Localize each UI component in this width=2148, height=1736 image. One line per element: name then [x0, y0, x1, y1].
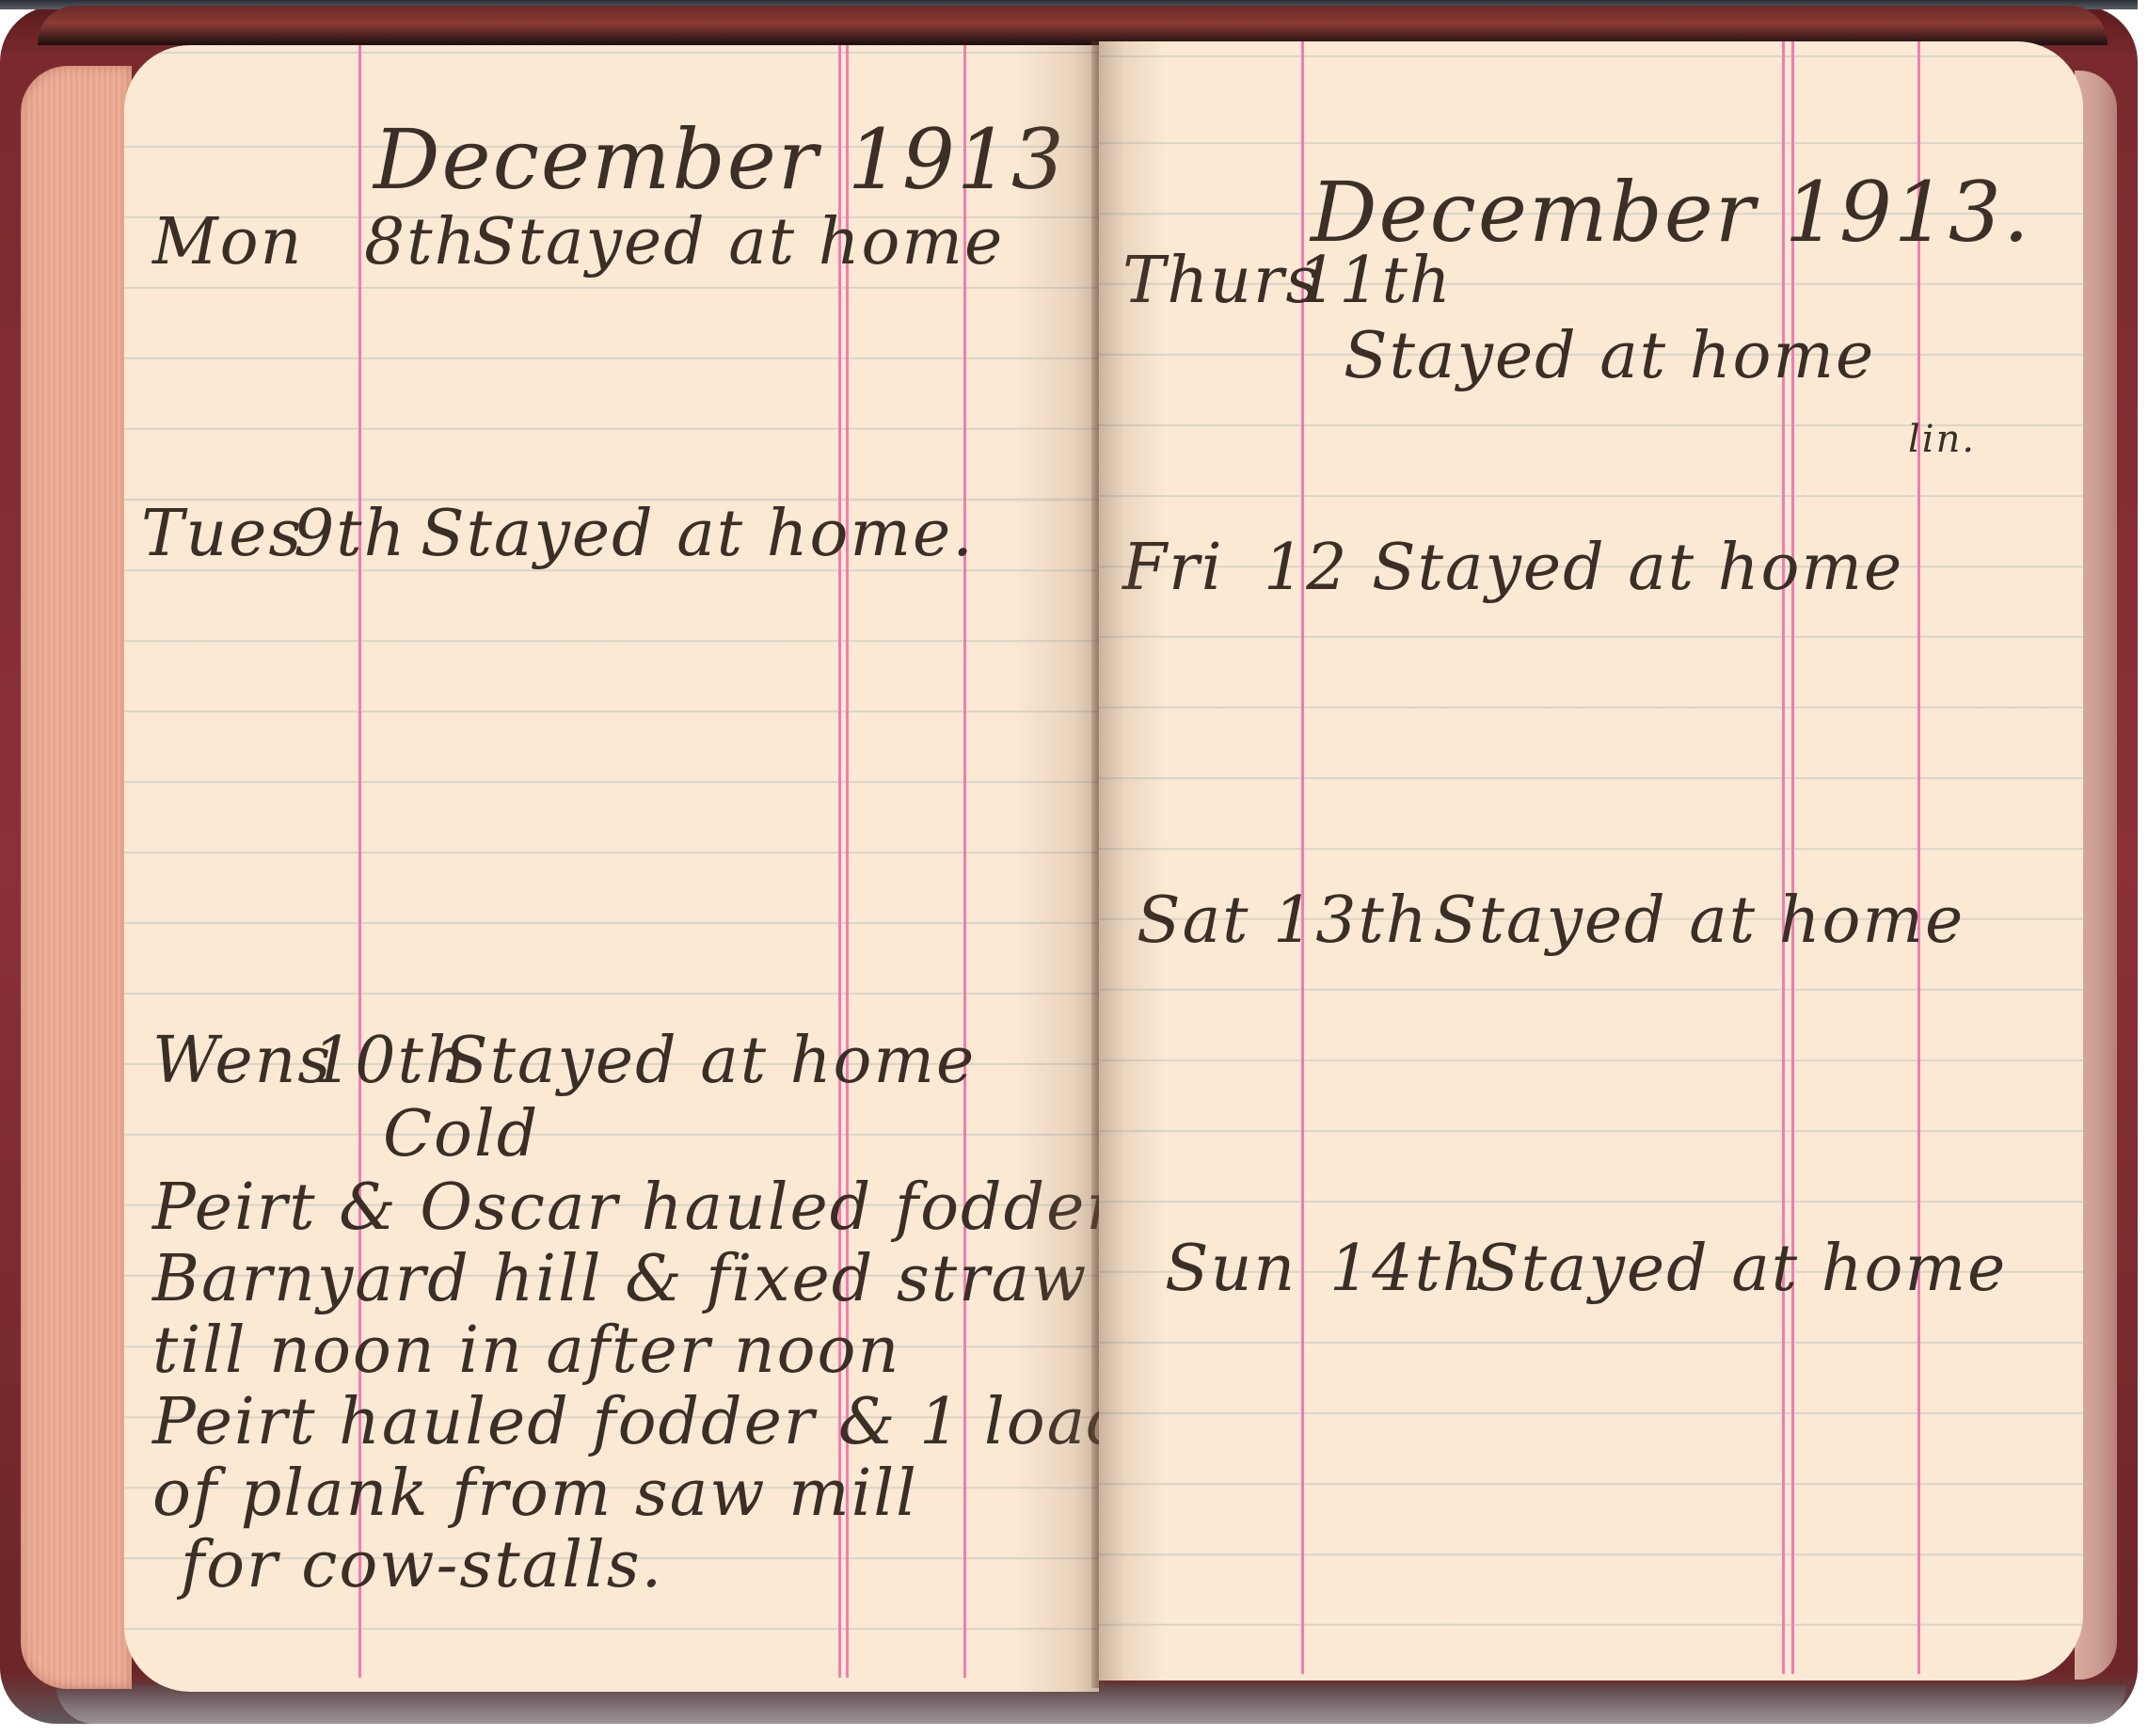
entry-day: Thurs	[1122, 244, 1320, 318]
column-line	[1782, 41, 1785, 1674]
entry-date: 14th	[1329, 1232, 1486, 1306]
entry-text: Stayed at home	[472, 205, 1004, 279]
entry-day: Fri	[1122, 531, 1223, 605]
entry-text: Stayed at home.	[421, 497, 975, 571]
column-line	[1791, 41, 1794, 1674]
entry-date: 9th	[294, 497, 406, 571]
entry-day: Sun	[1165, 1232, 1297, 1306]
column-line	[1917, 41, 1920, 1674]
entry-date: 8th	[364, 205, 477, 279]
entry-note: till noon in after noon	[152, 1314, 900, 1388]
page-heading: December 1913	[374, 111, 1066, 208]
entry-text: Stayed at home	[1344, 319, 1875, 393]
entry-note: Barnyard hill & fixed straw stack	[152, 1242, 1099, 1316]
entry-date: 11th	[1297, 244, 1453, 318]
entry-text: Stayed at home	[1433, 884, 1965, 958]
entry-day: Wens	[152, 1024, 332, 1098]
entry-note: Peirt hauled fodder & 1 load	[152, 1385, 1099, 1459]
entry-day: Sat	[1137, 884, 1249, 958]
entry-day: Mon	[152, 205, 303, 279]
entry-text: Stayed at home	[444, 1024, 976, 1098]
entry-note: Peirt & Oscar hauled fodder on	[152, 1171, 1099, 1245]
entry-note: for cow-stalls.	[181, 1528, 663, 1602]
right-page: December 1913. Thurs 11th Stayed at home…	[1099, 41, 2083, 1680]
entry-text: Stayed at home	[1372, 531, 1903, 605]
entry-note: Cold	[383, 1097, 539, 1171]
entry-date: 12	[1264, 531, 1349, 605]
entry-day: Tues	[141, 497, 303, 571]
entry-text: Stayed at home	[1475, 1232, 2007, 1306]
left-page: December 1913 Mon 8th Stayed at home Tue…	[124, 45, 1099, 1692]
entry-annotation: lin.	[1908, 418, 1976, 461]
entry-date: 13th	[1273, 884, 1429, 958]
entry-note: of plank from saw mill	[152, 1457, 918, 1531]
cover-top-edge	[38, 6, 2108, 45]
page-edges-left	[21, 66, 132, 1689]
